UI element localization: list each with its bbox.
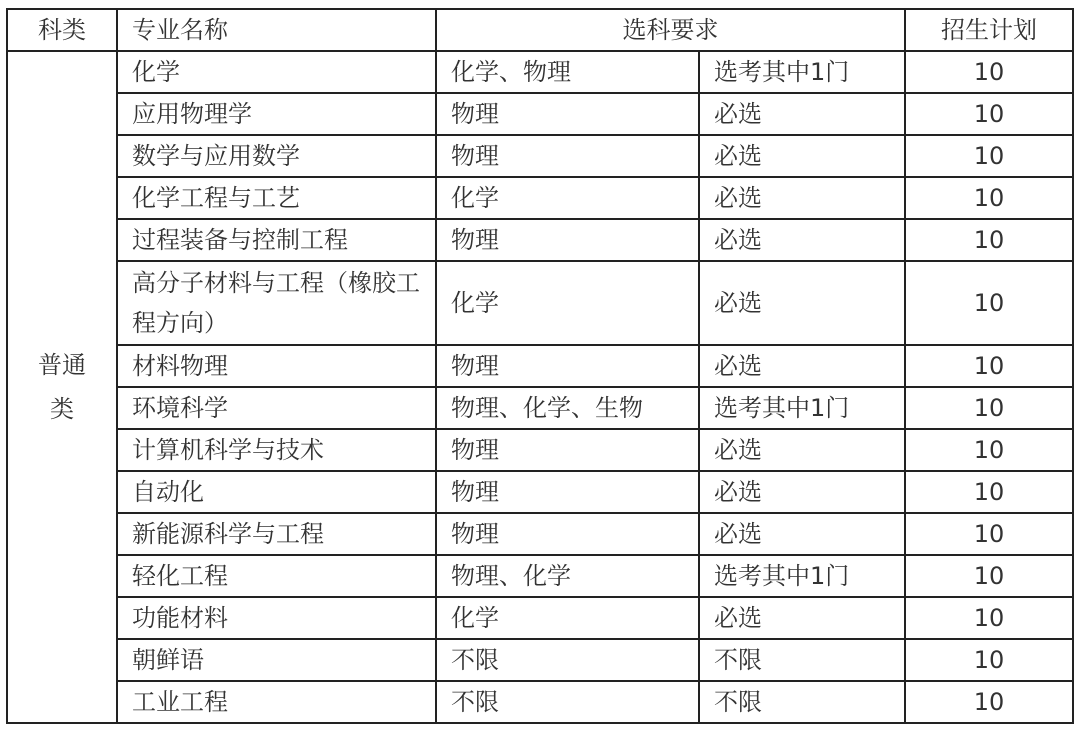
plan-cell: 10 bbox=[905, 639, 1073, 681]
rule-cell: 选考其中1门 bbox=[699, 555, 905, 597]
table-row: 应用物理学 物理 必选 10 bbox=[7, 93, 1073, 135]
rule-cell: 不限 bbox=[699, 681, 905, 723]
table-row: 数学与应用数学 物理 必选 10 bbox=[7, 135, 1073, 177]
table-row: 功能材料 化学 必选 10 bbox=[7, 597, 1073, 639]
major-cell: 计算机科学与技术 bbox=[117, 429, 436, 471]
table-row: 环境科学 物理、化学、生物 选考其中1门 10 bbox=[7, 387, 1073, 429]
table-row: 工业工程 不限 不限 10 bbox=[7, 681, 1073, 723]
major-cell: 轻化工程 bbox=[117, 555, 436, 597]
subjects-cell: 物理 bbox=[436, 429, 699, 471]
plan-cell: 10 bbox=[905, 513, 1073, 555]
subjects-cell: 物理、化学 bbox=[436, 555, 699, 597]
rule-cell: 必选 bbox=[699, 429, 905, 471]
table-row: 轻化工程 物理、化学 选考其中1门 10 bbox=[7, 555, 1073, 597]
table-row: 自动化 物理 必选 10 bbox=[7, 471, 1073, 513]
plan-cell: 10 bbox=[905, 387, 1073, 429]
major-cell: 高分子材料与工程（橡胶工程方向） bbox=[117, 261, 436, 345]
major-cell: 朝鲜语 bbox=[117, 639, 436, 681]
plan-cell: 10 bbox=[905, 345, 1073, 387]
enrollment-plan-table: 科类 专业名称 选科要求 招生计划 普通类 化学 化学、物理 选考其中1门 10… bbox=[6, 8, 1074, 724]
subjects-cell: 化学 bbox=[436, 261, 699, 345]
subjects-cell: 化学、物理 bbox=[436, 51, 699, 93]
major-cell: 化学工程与工艺 bbox=[117, 177, 436, 219]
major-cell: 功能材料 bbox=[117, 597, 436, 639]
subjects-cell: 化学 bbox=[436, 597, 699, 639]
table-row: 高分子材料与工程（橡胶工程方向） 化学 必选 10 bbox=[7, 261, 1073, 345]
rule-cell: 必选 bbox=[699, 597, 905, 639]
major-cell: 工业工程 bbox=[117, 681, 436, 723]
major-cell: 应用物理学 bbox=[117, 93, 436, 135]
subjects-cell: 物理 bbox=[436, 135, 699, 177]
rule-cell: 必选 bbox=[699, 261, 905, 345]
subjects-cell: 物理 bbox=[436, 513, 699, 555]
plan-cell: 10 bbox=[905, 219, 1073, 261]
subjects-cell: 不限 bbox=[436, 639, 699, 681]
table-row: 材料物理 物理 必选 10 bbox=[7, 345, 1073, 387]
rule-cell: 必选 bbox=[699, 219, 905, 261]
plan-cell: 10 bbox=[905, 555, 1073, 597]
rule-cell: 选考其中1门 bbox=[699, 51, 905, 93]
major-cell: 新能源科学与工程 bbox=[117, 513, 436, 555]
header-plan: 招生计划 bbox=[905, 9, 1073, 51]
major-cell: 环境科学 bbox=[117, 387, 436, 429]
plan-cell: 10 bbox=[905, 429, 1073, 471]
major-cell: 过程装备与控制工程 bbox=[117, 219, 436, 261]
rule-cell: 必选 bbox=[699, 471, 905, 513]
table-row: 化学工程与工艺 化学 必选 10 bbox=[7, 177, 1073, 219]
subjects-cell: 物理 bbox=[436, 471, 699, 513]
plan-cell: 10 bbox=[905, 135, 1073, 177]
rule-cell: 必选 bbox=[699, 93, 905, 135]
plan-cell: 10 bbox=[905, 51, 1073, 93]
plan-cell: 10 bbox=[905, 177, 1073, 219]
subjects-cell: 物理 bbox=[436, 219, 699, 261]
table-header-row: 科类 专业名称 选科要求 招生计划 bbox=[7, 9, 1073, 51]
header-category: 科类 bbox=[7, 9, 117, 51]
table-row: 计算机科学与技术 物理 必选 10 bbox=[7, 429, 1073, 471]
rule-cell: 必选 bbox=[699, 345, 905, 387]
table-row: 普通类 化学 化学、物理 选考其中1门 10 bbox=[7, 51, 1073, 93]
major-cell: 材料物理 bbox=[117, 345, 436, 387]
rule-cell: 必选 bbox=[699, 177, 905, 219]
table-row: 过程装备与控制工程 物理 必选 10 bbox=[7, 219, 1073, 261]
rule-cell: 选考其中1门 bbox=[699, 387, 905, 429]
plan-cell: 10 bbox=[905, 93, 1073, 135]
rule-cell: 必选 bbox=[699, 135, 905, 177]
header-major: 专业名称 bbox=[117, 9, 436, 51]
category-label: 普通类 bbox=[32, 343, 92, 431]
plan-cell: 10 bbox=[905, 681, 1073, 723]
rule-cell: 必选 bbox=[699, 513, 905, 555]
subjects-cell: 化学 bbox=[436, 177, 699, 219]
table-row: 新能源科学与工程 物理 必选 10 bbox=[7, 513, 1073, 555]
subjects-cell: 物理 bbox=[436, 345, 699, 387]
plan-cell: 10 bbox=[905, 471, 1073, 513]
major-cell: 数学与应用数学 bbox=[117, 135, 436, 177]
major-cell: 化学 bbox=[117, 51, 436, 93]
rule-cell: 不限 bbox=[699, 639, 905, 681]
subjects-cell: 不限 bbox=[436, 681, 699, 723]
subjects-cell: 物理、化学、生物 bbox=[436, 387, 699, 429]
major-cell: 自动化 bbox=[117, 471, 436, 513]
subjects-cell: 物理 bbox=[436, 93, 699, 135]
table-row: 朝鲜语 不限 不限 10 bbox=[7, 639, 1073, 681]
category-cell: 普通类 bbox=[7, 51, 117, 723]
plan-cell: 10 bbox=[905, 597, 1073, 639]
header-requirement: 选科要求 bbox=[436, 9, 905, 51]
plan-cell: 10 bbox=[905, 261, 1073, 345]
